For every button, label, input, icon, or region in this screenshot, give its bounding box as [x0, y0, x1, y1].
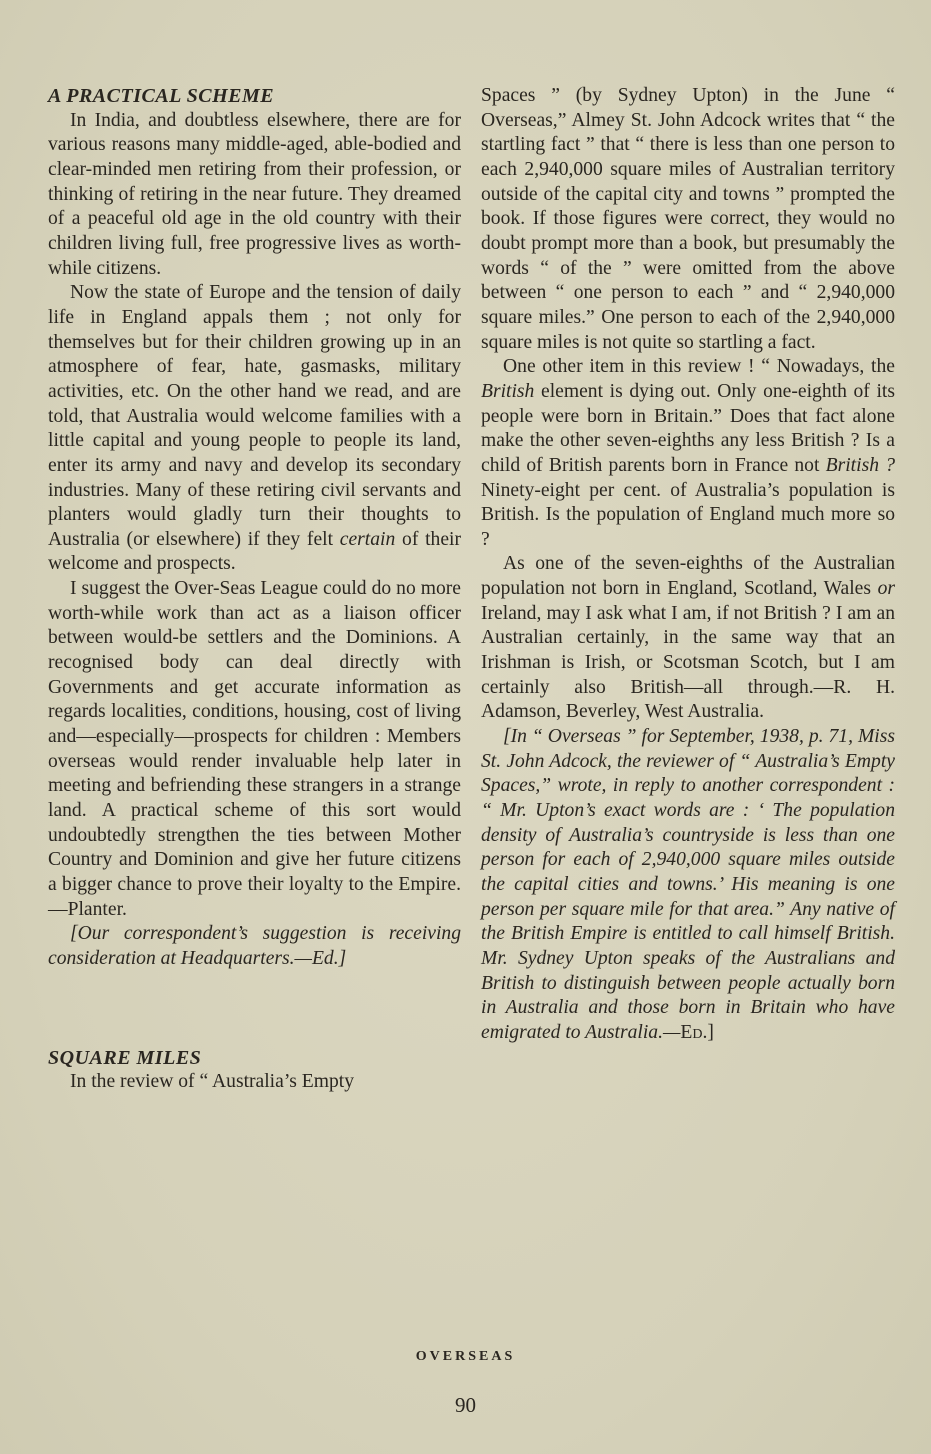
paragraph: I suggest the Over-Seas League could do …: [48, 577, 461, 922]
emphasis: certain: [340, 529, 396, 550]
right-column: Spaces ” (by Sydney Upton) in the June “…: [481, 84, 895, 1046]
editor-note: [Our correspondent’s suggestion is recei…: [48, 922, 461, 971]
emphasis: or: [878, 578, 895, 599]
emphasis: British: [481, 381, 534, 402]
left-column: A PRACTICAL SCHEME In India, and doubtle…: [48, 84, 461, 1095]
article-heading-square-miles: SQUARE MILES: [48, 1046, 461, 1071]
paragraph: In the review of “ Australia’s Empty: [48, 1070, 461, 1095]
paragraph: Spaces ” (by Sydney Upton) in the June “…: [481, 84, 895, 355]
page-number: 90: [0, 1393, 931, 1418]
publication-title: OVERSEAS: [0, 1349, 931, 1365]
magazine-page: A PRACTICAL SCHEME In India, and doubtle…: [0, 0, 931, 1454]
paragraph: Now the state of Europe and the tension …: [48, 281, 461, 577]
paragraph: In India, and doubtless elsewhere, there…: [48, 109, 461, 282]
paragraph: As one of the seven-eighths of the Austr…: [481, 552, 895, 725]
article-heading-practical-scheme: A PRACTICAL SCHEME: [48, 84, 461, 109]
emphasis: British ?: [826, 455, 895, 476]
editor-note: [In “ Overseas ” for September, 1938, p.…: [481, 725, 895, 1046]
paragraph: One other item in this review ! “ Nowada…: [481, 355, 895, 552]
